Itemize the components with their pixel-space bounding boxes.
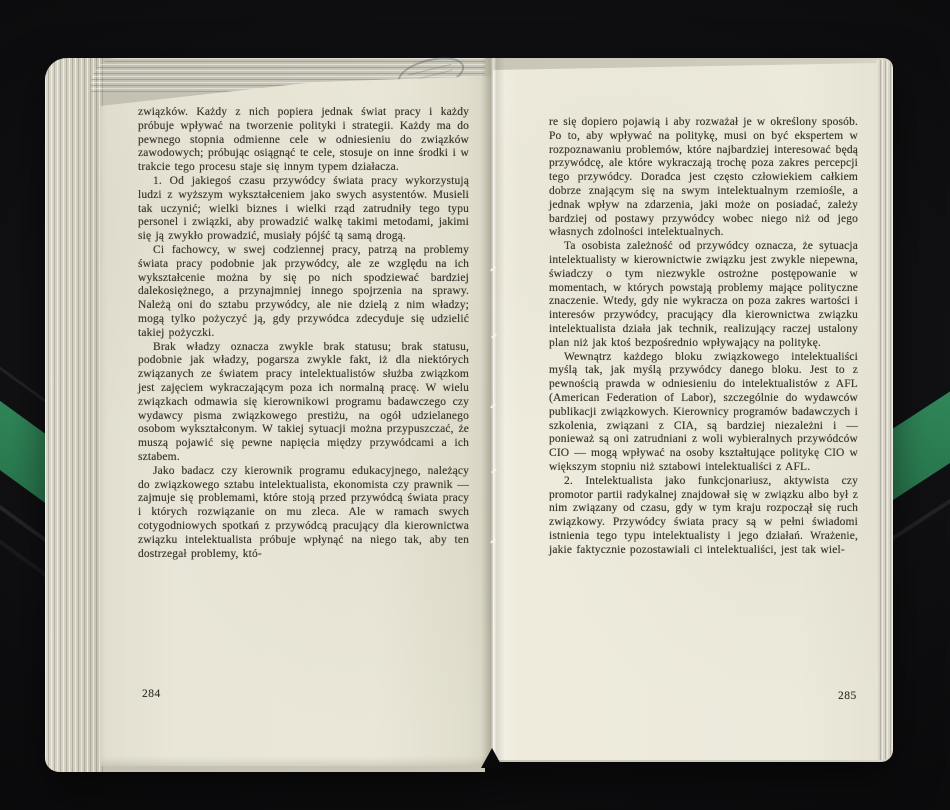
right-page-text: re się dopiero pojawią i aby rozważał je… <box>549 116 858 558</box>
paragraph-section-2: 2. Intelektualista jako funkcjonariusz, … <box>549 475 858 558</box>
right-page: re się dopiero pojawią i aby rozważał je… <box>493 63 878 760</box>
fore-edge-right <box>877 60 893 760</box>
left-page-text: związków. Każdy z nich popiera jednak św… <box>138 106 469 561</box>
paragraph: Ta osobista zależność od przywódcy oznac… <box>549 240 858 350</box>
page-number-right: 285 <box>838 690 857 702</box>
left-page: związków. Każdy z nich popiera jednak św… <box>100 76 493 766</box>
open-book: związków. Każdy z nich popiera jednak św… <box>45 58 893 772</box>
photo-backdrop: związków. Każdy z nich popiera jednak św… <box>0 0 950 810</box>
paragraph: Ci fachowcy, w swej codziennej pracy, pa… <box>138 244 469 341</box>
fore-edge-left <box>45 58 103 772</box>
paragraph-section-1: 1. Od jakiegoś czasu przywódcy świata pr… <box>138 175 469 244</box>
paragraph: Brak władzy oznacza zwykle brak statusu;… <box>138 341 469 465</box>
paragraph: re się dopiero pojawią i aby rozważał je… <box>549 116 858 240</box>
page-number-left: 284 <box>142 688 161 700</box>
paragraph: Wewnątrz każdego bloku związkowego intel… <box>549 351 858 475</box>
paragraph: związków. Każdy z nich popiera jednak św… <box>138 106 469 175</box>
paragraph: Jako badacz czy kierownik programu eduka… <box>138 465 469 562</box>
